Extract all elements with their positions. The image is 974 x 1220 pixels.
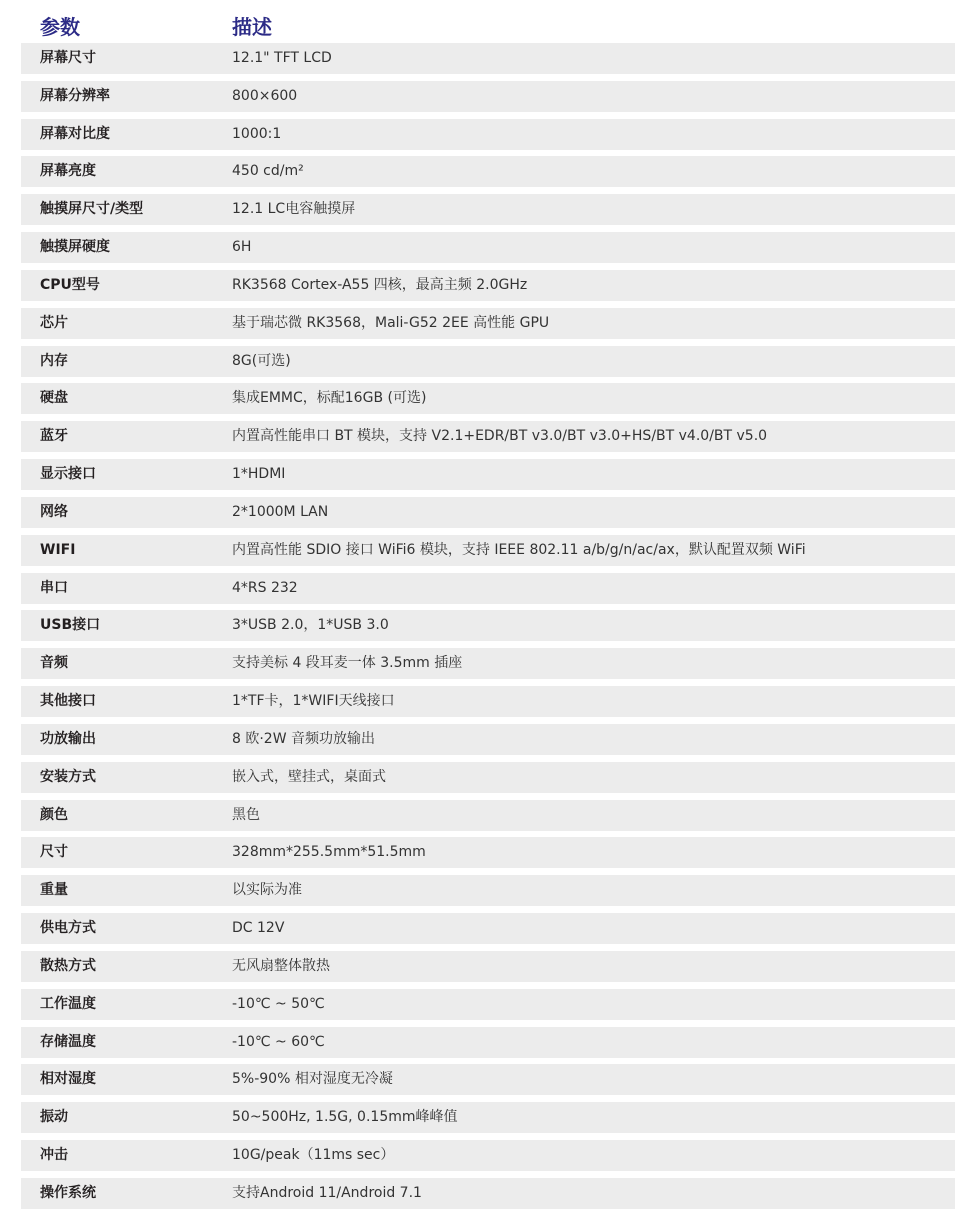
spec-row-cpu: CPU型号 RK3568 Cortex-A55 四核，最高主频 2.0GHz <box>21 270 955 301</box>
spec-label: 蓝牙 <box>40 421 68 452</box>
spec-label: CPU型号 <box>40 270 100 301</box>
spec-label: 内存 <box>40 346 68 377</box>
spec-label: 音频 <box>40 648 68 679</box>
spec-label: 存储温度 <box>40 1027 96 1058</box>
spec-label: 功放输出 <box>40 724 96 755</box>
spec-value: 450 cd/m² <box>232 156 304 187</box>
spec-label: USB接口 <box>40 610 100 641</box>
spec-label: 屏幕分辨率 <box>40 81 110 112</box>
spec-table-header: 参数 描述 <box>0 0 974 43</box>
spec-row-brightness: 屏幕亮度 450 cd/m² <box>21 156 955 187</box>
spec-label: 屏幕尺寸 <box>40 43 96 74</box>
spec-label: 供电方式 <box>40 913 96 944</box>
spec-row-resolution: 屏幕分辨率 800×600 <box>21 81 955 112</box>
spec-label: 重量 <box>40 875 68 906</box>
spec-value: 内置高性能串口 BT 模块，支持 V2.1+EDR/BT v3.0/BT v3.… <box>232 421 767 452</box>
spec-label: 安装方式 <box>40 762 96 793</box>
spec-label: 硬盘 <box>40 383 68 414</box>
spec-value: 50~500Hz, 1.5G, 0.15mm峰峰值 <box>232 1102 458 1133</box>
spec-value: 1*TF卡，1*WIFI天线接口 <box>232 686 395 717</box>
spec-row-os: 操作系统 支持Android 11/Android 7.1 <box>21 1178 955 1209</box>
spec-table: 屏幕尺寸 12.1" TFT LCD 屏幕分辨率 800×600 屏幕对比度 1… <box>21 43 955 1216</box>
spec-value: -10℃ ~ 50℃ <box>232 989 325 1020</box>
spec-row-wifi: WIFI 内置高性能 SDIO 接口 WiFi6 模块，支持 IEEE 802.… <box>21 535 955 566</box>
spec-label: 触摸屏尺寸/类型 <box>40 194 143 225</box>
spec-row-storage-temp: 存储温度 -10℃ ~ 60℃ <box>21 1027 955 1058</box>
spec-row-touchscreen-type: 触摸屏尺寸/类型 12.1 LC电容触摸屏 <box>21 194 955 225</box>
spec-label: 振动 <box>40 1102 68 1133</box>
spec-row-color: 颜色 黑色 <box>21 800 955 831</box>
spec-label: 屏幕对比度 <box>40 119 110 150</box>
spec-label: 散热方式 <box>40 951 96 982</box>
spec-value: 8G(可选) <box>232 346 291 377</box>
spec-value: 6H <box>232 232 251 263</box>
spec-row-shock: 冲击 10G/peak（11ms sec） <box>21 1140 955 1171</box>
spec-label: 相对湿度 <box>40 1064 96 1095</box>
spec-value: DC 12V <box>232 913 284 944</box>
spec-value: 黑色 <box>232 800 260 831</box>
spec-value: 支持美标 4 段耳麦一体 3.5mm 插座 <box>232 648 462 679</box>
spec-row-memory: 内存 8G(可选) <box>21 346 955 377</box>
spec-value: 基于瑞芯微 RK3568，Mali-G52 2EE 高性能 GPU <box>232 308 549 339</box>
spec-value: 无风扇整体散热 <box>232 951 330 982</box>
column-header-description: 描述 <box>232 13 272 41</box>
spec-label: 芯片 <box>40 308 68 339</box>
spec-label: 冲击 <box>40 1140 68 1171</box>
spec-label: 网络 <box>40 497 68 528</box>
spec-row-serial: 串口 4*RS 232 <box>21 573 955 604</box>
spec-label: 屏幕亮度 <box>40 156 96 187</box>
spec-label: 工作温度 <box>40 989 96 1020</box>
spec-label: 显示接口 <box>40 459 96 490</box>
spec-label: WIFI <box>40 535 75 566</box>
spec-value: 1*HDMI <box>232 459 285 490</box>
spec-value: RK3568 Cortex-A55 四核，最高主频 2.0GHz <box>232 270 527 301</box>
spec-value: 2*1000M LAN <box>232 497 328 528</box>
spec-value: 12.1" TFT LCD <box>232 43 332 74</box>
spec-value: 集成EMMC，标配16GB (可选) <box>232 383 426 414</box>
spec-value: 内置高性能 SDIO 接口 WiFi6 模块，支持 IEEE 802.11 a/… <box>232 535 806 566</box>
spec-value: 4*RS 232 <box>232 573 298 604</box>
spec-row-other-interfaces: 其他接口 1*TF卡，1*WIFI天线接口 <box>21 686 955 717</box>
spec-value: 支持Android 11/Android 7.1 <box>232 1178 422 1209</box>
spec-label: 操作系统 <box>40 1178 96 1209</box>
spec-row-chip: 芯片 基于瑞芯微 RK3568，Mali-G52 2EE 高性能 GPU <box>21 308 955 339</box>
spec-value: 328mm*255.5mm*51.5mm <box>232 837 426 868</box>
spec-label: 尺寸 <box>40 837 68 868</box>
spec-value: 8 欧·2W 音频功放输出 <box>232 724 375 755</box>
spec-label: 触摸屏硬度 <box>40 232 110 263</box>
spec-value: 800×600 <box>232 81 297 112</box>
spec-value: 5%-90% 相对湿度无冷凝 <box>232 1064 393 1095</box>
spec-label: 串口 <box>40 573 68 604</box>
spec-row-vibration: 振动 50~500Hz, 1.5G, 0.15mm峰峰值 <box>21 1102 955 1133</box>
spec-row-bluetooth: 蓝牙 内置高性能串口 BT 模块，支持 V2.1+EDR/BT v3.0/BT … <box>21 421 955 452</box>
spec-value: -10℃ ~ 60℃ <box>232 1027 325 1058</box>
spec-label: 颜色 <box>40 800 68 831</box>
spec-row-network: 网络 2*1000M LAN <box>21 497 955 528</box>
spec-row-amplifier: 功放输出 8 欧·2W 音频功放输出 <box>21 724 955 755</box>
spec-value: 12.1 LC电容触摸屏 <box>232 194 355 225</box>
spec-row-screen-size: 屏幕尺寸 12.1" TFT LCD <box>21 43 955 74</box>
spec-row-usb: USB接口 3*USB 2.0，1*USB 3.0 <box>21 610 955 641</box>
column-header-parameter: 参数 <box>40 13 80 41</box>
spec-value: 1000:1 <box>232 119 281 150</box>
spec-row-contrast: 屏幕对比度 1000:1 <box>21 119 955 150</box>
spec-row-cooling: 散热方式 无风扇整体散热 <box>21 951 955 982</box>
spec-row-touchscreen-hardness: 触摸屏硬度 6H <box>21 232 955 263</box>
spec-value: 以实际为准 <box>232 875 302 906</box>
spec-value: 3*USB 2.0，1*USB 3.0 <box>232 610 389 641</box>
spec-row-power: 供电方式 DC 12V <box>21 913 955 944</box>
spec-row-storage: 硬盘 集成EMMC，标配16GB (可选) <box>21 383 955 414</box>
spec-row-mounting: 安装方式 嵌入式，壁挂式，桌面式 <box>21 762 955 793</box>
spec-row-operating-temp: 工作温度 -10℃ ~ 50℃ <box>21 989 955 1020</box>
spec-value: 嵌入式，壁挂式，桌面式 <box>232 762 386 793</box>
spec-row-dimensions: 尺寸 328mm*255.5mm*51.5mm <box>21 837 955 868</box>
spec-row-weight: 重量 以实际为准 <box>21 875 955 906</box>
spec-row-audio: 音频 支持美标 4 段耳麦一体 3.5mm 插座 <box>21 648 955 679</box>
spec-label: 其他接口 <box>40 686 96 717</box>
spec-row-display-interface: 显示接口 1*HDMI <box>21 459 955 490</box>
spec-value: 10G/peak（11ms sec） <box>232 1140 394 1171</box>
spec-row-humidity: 相对湿度 5%-90% 相对湿度无冷凝 <box>21 1064 955 1095</box>
